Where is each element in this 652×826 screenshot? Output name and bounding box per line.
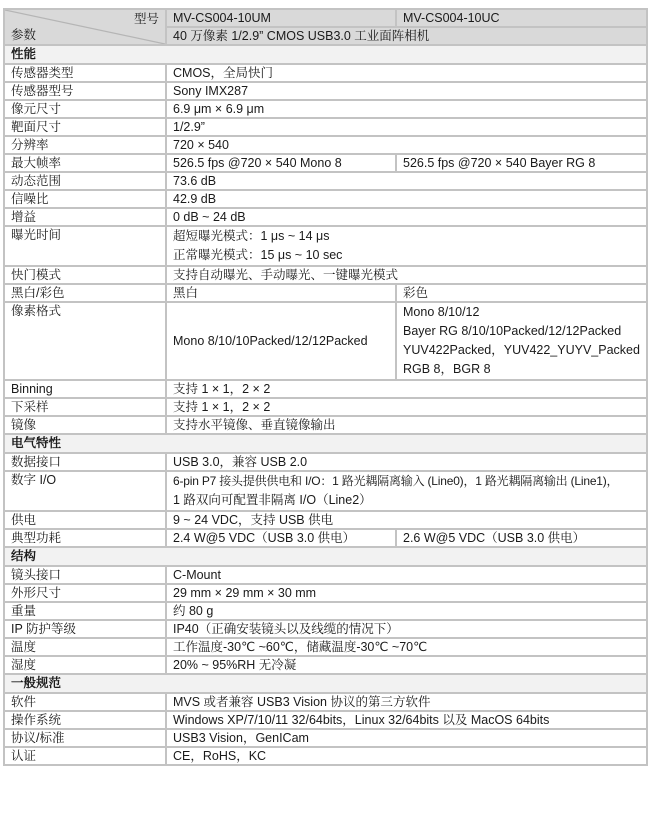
row-value: MVS 或者兼容 USB3 Vision 协议的第三方软件: [166, 693, 647, 711]
row-label: 镜像: [4, 416, 166, 434]
row-label: 操作系统: [4, 711, 166, 729]
row-value-um: 2.4 W@5 VDC（USB 3.0 供电）: [166, 529, 396, 547]
row-label: 供电: [4, 511, 166, 529]
corner-cell: 型号 参数: [4, 9, 166, 45]
row-sensor-type: 传感器类型CMOS，全局快门: [4, 64, 647, 82]
row-value-um: 黑白: [166, 284, 396, 302]
section-title: 电气特性: [4, 434, 647, 453]
section-electrical: 电气特性: [4, 434, 647, 453]
row-target-size: 靶面尺寸1/2.9”: [4, 118, 647, 136]
row-value: 约 80 g: [166, 602, 647, 620]
row-label: 像素格式: [4, 302, 166, 380]
io-line-1: 6-pin P7 接头提供供电和 I/O：1 路光耦隔离输入 (Line0)，1…: [173, 472, 640, 491]
row-value: Windows XP/7/10/11 32/64bits，Linux 32/64…: [166, 711, 647, 729]
row-label: 分辨率: [4, 136, 166, 154]
row-label: 数字 I/O: [4, 471, 166, 511]
row-label: 曝光时间: [4, 226, 166, 266]
row-certification: 认证CE，RoHS，KC: [4, 747, 647, 765]
spec-table: 型号 参数 MV-CS004-10UM MV-CS004-10UC 40 万像素…: [3, 8, 648, 766]
row-ip-rating: IP 防护等级IP40（正确安装镜头以及线缆的情况下）: [4, 620, 647, 638]
row-software: 软件MVS 或者兼容 USB3 Vision 协议的第三方软件: [4, 693, 647, 711]
row-value: 720 × 540: [166, 136, 647, 154]
row-value: CE，RoHS，KC: [166, 747, 647, 765]
row-label: 信噪比: [4, 190, 166, 208]
row-label: 协议/标准: [4, 729, 166, 747]
header-row-models: 型号 参数 MV-CS004-10UM MV-CS004-10UC: [4, 9, 647, 27]
section-title: 一般规范: [4, 674, 647, 693]
row-value: USB 3.0，兼容 USB 2.0: [166, 453, 647, 471]
row-pixel-format: 像素格式 Mono 8/10/10Packed/12/12Packed Mono…: [4, 302, 647, 380]
row-label: 认证: [4, 747, 166, 765]
row-value: 9 ~ 24 VDC，支持 USB 供电: [166, 511, 647, 529]
section-performance: 性能: [4, 45, 647, 64]
row-label: 数据接口: [4, 453, 166, 471]
row-label: 典型功耗: [4, 529, 166, 547]
row-value: 支持 1 × 1，2 × 2: [166, 398, 647, 416]
row-label: 增益: [4, 208, 166, 226]
io-line-2: 1 路双向可配置非隔离 I/O（Line2）: [173, 491, 640, 510]
row-mono-color: 黑白/彩色黑白彩色: [4, 284, 647, 302]
format-line: Mono 8/10/12: [403, 303, 640, 322]
section-structure: 结构: [4, 547, 647, 566]
row-label: 像元尺寸: [4, 100, 166, 118]
row-label: Binning: [4, 380, 166, 398]
row-os: 操作系统Windows XP/7/10/11 32/64bits，Linux 3…: [4, 711, 647, 729]
corner-model-label: 型号: [134, 11, 159, 27]
row-pixel-size: 像元尺寸6.9 μm × 6.9 μm: [4, 100, 647, 118]
row-shutter-mode: 快门模式支持自动曝光、手动曝光、一键曝光模式: [4, 266, 647, 284]
row-gain: 增益0 dB ~ 24 dB: [4, 208, 647, 226]
model-um: MV-CS004-10UM: [166, 9, 396, 27]
row-label: 黑白/彩色: [4, 284, 166, 302]
format-line: Bayer RG 8/10/10Packed/12/12Packed: [403, 322, 640, 341]
row-value: 支持水平镜像、垂直镜像输出: [166, 416, 647, 434]
row-label: 重量: [4, 602, 166, 620]
section-general: 一般规范: [4, 674, 647, 693]
row-value: 73.6 dB: [166, 172, 647, 190]
row-label: 下采样: [4, 398, 166, 416]
model-uc: MV-CS004-10UC: [396, 9, 647, 27]
row-value: 6-pin P7 接头提供供电和 I/O：1 路光耦隔离输入 (Line0)，1…: [166, 471, 647, 511]
row-label: 靶面尺寸: [4, 118, 166, 136]
row-dimensions: 外形尺寸29 mm × 29 mm × 30 mm: [4, 584, 647, 602]
row-digital-io: 数字 I/O 6-pin P7 接头提供供电和 I/O：1 路光耦隔离输入 (L…: [4, 471, 647, 511]
row-value-uc: Mono 8/10/12 Bayer RG 8/10/10Packed/12/1…: [396, 302, 647, 380]
row-value: 1/2.9”: [166, 118, 647, 136]
row-value: 0 dB ~ 24 dB: [166, 208, 647, 226]
row-value: USB3 Vision，GenICam: [166, 729, 647, 747]
row-value: 6.9 μm × 6.9 μm: [166, 100, 647, 118]
row-value: 29 mm × 29 mm × 30 mm: [166, 584, 647, 602]
row-value: CMOS，全局快门: [166, 64, 647, 82]
row-label: IP 防护等级: [4, 620, 166, 638]
row-max-fps: 最大帧率526.5 fps @720 × 540 Mono 8526.5 fps…: [4, 154, 647, 172]
row-resolution: 分辨率720 × 540: [4, 136, 647, 154]
row-label: 传感器类型: [4, 64, 166, 82]
row-value: 42.9 dB: [166, 190, 647, 208]
row-value: IP40（正确安装镜头以及线缆的情况下）: [166, 620, 647, 638]
row-label: 传感器型号: [4, 82, 166, 100]
row-value-uc: 彩色: [396, 284, 647, 302]
section-title: 结构: [4, 547, 647, 566]
row-humidity: 湿度20% ~ 95%RH 无冷凝: [4, 656, 647, 674]
row-label: 软件: [4, 693, 166, 711]
row-power: 供电9 ~ 24 VDC，支持 USB 供电: [4, 511, 647, 529]
row-binning: Binning支持 1 × 1，2 × 2: [4, 380, 647, 398]
row-value: Sony IMX287: [166, 82, 647, 100]
row-mirror: 镜像支持水平镜像、垂直镜像输出: [4, 416, 647, 434]
row-label: 镜头接口: [4, 566, 166, 584]
row-value-uc: 2.6 W@5 VDC（USB 3.0 供电）: [396, 529, 647, 547]
row-label: 最大帧率: [4, 154, 166, 172]
format-line: YUV422Packed，YUV422_YUYV_Packed: [403, 341, 640, 360]
row-value: 支持自动曝光、手动曝光、一键曝光模式: [166, 266, 647, 284]
row-protocol: 协议/标准USB3 Vision，GenICam: [4, 729, 647, 747]
exposure-normal: 正常曝光模式：15 μs ~ 10 sec: [173, 246, 640, 265]
row-value: C-Mount: [166, 566, 647, 584]
row-label: 湿度: [4, 656, 166, 674]
row-label: 外形尺寸: [4, 584, 166, 602]
row-decimation: 下采样支持 1 × 1，2 × 2: [4, 398, 647, 416]
row-value: 20% ~ 95%RH 无冷凝: [166, 656, 647, 674]
format-line: RGB 8，BGR 8: [403, 360, 640, 379]
row-value: 支持 1 × 1，2 × 2: [166, 380, 647, 398]
row-lens-mount: 镜头接口C-Mount: [4, 566, 647, 584]
row-power-consumption: 典型功耗2.4 W@5 VDC（USB 3.0 供电）2.6 W@5 VDC（U…: [4, 529, 647, 547]
section-title: 性能: [4, 45, 647, 64]
row-value-um: 526.5 fps @720 × 540 Mono 8: [166, 154, 396, 172]
row-value-um: Mono 8/10/10Packed/12/12Packed: [166, 302, 396, 380]
model-description: 40 万像素 1/2.9” CMOS USB3.0 工业面阵相机: [166, 27, 647, 45]
row-value-uc: 526.5 fps @720 × 540 Bayer RG 8: [396, 154, 647, 172]
corner-param-label: 参数: [11, 27, 36, 43]
row-temperature: 温度工作温度-30℃ ~60℃，储藏温度-30℃ ~70℃: [4, 638, 647, 656]
row-value: 超短曝光模式：1 μs ~ 14 μs 正常曝光模式：15 μs ~ 10 se…: [166, 226, 647, 266]
row-sensor-model: 传感器型号Sony IMX287: [4, 82, 647, 100]
row-data-interface: 数据接口USB 3.0，兼容 USB 2.0: [4, 453, 647, 471]
row-label: 动态范围: [4, 172, 166, 190]
row-label: 温度: [4, 638, 166, 656]
exposure-ultrashort: 超短曝光模式：1 μs ~ 14 μs: [173, 227, 640, 246]
row-exposure: 曝光时间 超短曝光模式：1 μs ~ 14 μs 正常曝光模式：15 μs ~ …: [4, 226, 647, 266]
row-weight: 重量约 80 g: [4, 602, 647, 620]
row-dynamic-range: 动态范围73.6 dB: [4, 172, 647, 190]
row-value: 工作温度-30℃ ~60℃，储藏温度-30℃ ~70℃: [166, 638, 647, 656]
row-label: 快门模式: [4, 266, 166, 284]
row-snr: 信噪比42.9 dB: [4, 190, 647, 208]
